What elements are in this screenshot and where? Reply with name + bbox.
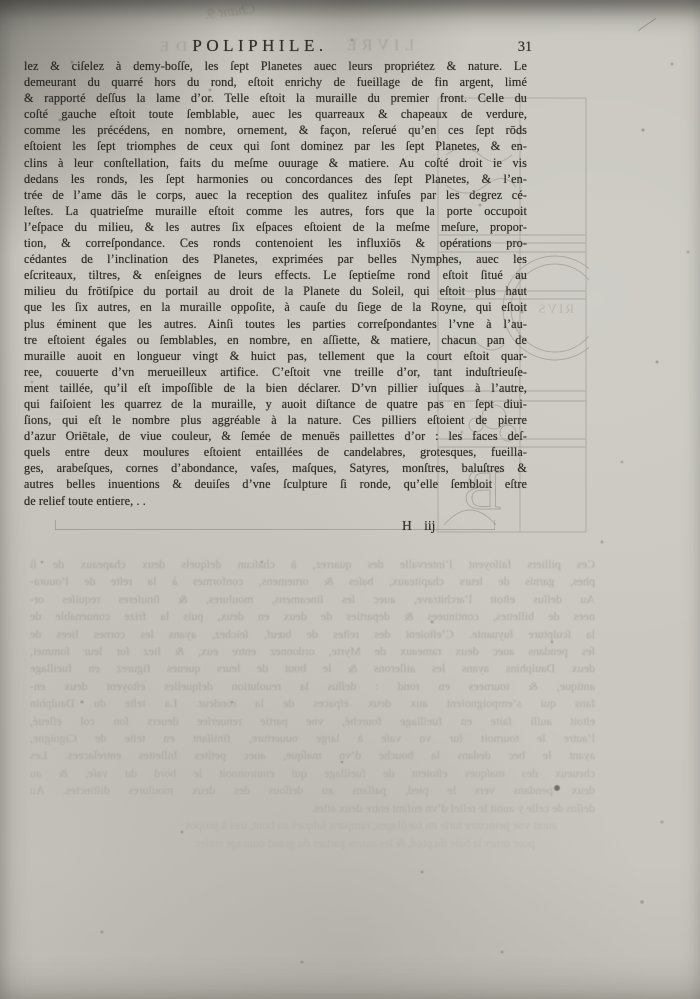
bleedthrough-text-line: deux pendans vers le pied, paſſans au de… [30,782,595,799]
text-line: eſcriteaux, tiltres, & enſeignes de leur… [24,267,527,283]
text-line: leſtes. La quatrieſme muraille eſtoit co… [24,203,527,219]
text-line: muraille auoit en longueur vingt & huict… [24,348,527,364]
text-line: quels entre deux moulures eſtoient entai… [24,444,527,460]
bleedthrough-text-line: deux Daulphins ayans les aiſlerons & le … [30,660,595,677]
bleedthrough-text-line: phes, garnis de leurs chapiteaux, baſes … [30,573,595,590]
bleedthrough-text-line: Au deſſus eſtoit l’architrave, auec ſes … [30,591,595,608]
bleedthrough-text-line: l’autre ſe tournoit ſur vn vaſe à large … [30,730,595,747]
scanned-book-page: Chant 9. DE POLIPHILE. LIVRE 31 RIVS B l… [0,0,700,999]
text-line: dedans les ronds, les ſept harmonies ou … [24,171,527,187]
bleedthrough-text-line: ayant le bec dedans la bouche d’vn maſqu… [30,747,595,764]
bleedthrough-text-line: ſes pendans auec deux rameaux de Myrte, … [30,643,595,660]
text-line: plus éminent que les autres. Ainſi toute… [24,316,527,332]
bleedthrough-text-line: cheueux des maſques eſtoient de fueillag… [30,765,595,782]
text-line: ree, couuerte d’vn merueilleux artifice.… [24,364,527,380]
verso-running-title-fragment-livre: LIVRE [328,37,428,55]
bleedthrough-text-line: fans qui s’empoignoient aux deux eſpaces… [30,695,595,712]
text-line: eſtoient les ſept triomphes de ceux qui … [24,138,527,154]
bleedthrough-text-line: auoit vne peincture torſe en fueillages,… [30,817,595,834]
text-line: de relief toute entiere, . . [24,493,527,509]
text-line: cédantes de l’inclination des Planetes, … [24,251,527,267]
bleedthrough-text-line: eſtoit auſſi faite en fueillage fourché,… [30,713,595,730]
text-line: que les ſix autres, en la muraille oppoſ… [24,299,527,315]
verso-text-bleedthrough: Ces pilliers faiſoyent l’intervalle des … [30,556,595,852]
text-line: autres belles inuentions & deuiſes d’vne… [24,476,527,492]
text-line: qui faiſoient les quarrez de la muraille… [24,396,527,412]
running-title: POLIPHILE. [0,36,520,56]
text-line: l’eſpace du milieu, & les autres ſix eſp… [24,219,527,235]
text-line: lez & ciſelez à demy-boſſe, les ſept Pla… [24,58,527,74]
text-line: clins à leur conſtellation, faits du meſ… [24,155,527,171]
text-line: & rapporté deſſus la lame d’or. Telle eſ… [24,90,527,106]
text-line: trée de l’ame dās le corps, auec la rece… [24,187,527,203]
text-line: demeurant du quarré hors du rond, eſtoit… [24,74,527,90]
bleedthrough-text-line: Ces pilliers faiſoyent l’intervalle des … [30,556,595,573]
text-line: milieu du frōtiſpice du portail au droit… [24,283,527,299]
ink-scratch-mark [638,18,657,31]
main-text-block: lez & ciſelez à demy-boſſe, les ſept Pla… [24,58,527,509]
bleedthrough-text-line: deſſus de celle y auoit le relief d’vn e… [30,800,595,817]
handwriting-bleedthrough: Chant 9. [169,0,290,28]
text-line: d’azur Oriētale, de viue couleur, & ſemé… [24,428,527,444]
text-line: coſté gauche eſtoit toute ſemblable, aue… [24,106,527,122]
text-line: comme les précédens, en nombre, ornement… [24,122,527,138]
text-line: tion, & correſpondance. Ces ronds conten… [24,235,527,251]
text-line: ges, arabeſques, cornes d’abondance, vaſ… [24,460,527,476]
bleedthrough-text-line: nees de billettes, continuees & departie… [30,608,595,625]
engraving-inscription: RIVS [536,301,574,316]
bleedthrough-text-line: antique, & tournees en rond : deſſus la … [30,678,595,695]
bleedthrough-text-line: pour orner la baſe du pied, & les autres… [30,835,595,852]
signature-mark: H iij [402,518,435,534]
bleedthrough-text-line: la ſculpture ſuyuante. C’eſtoient des re… [30,626,595,643]
text-line: ment taillée, qu’il eſt impoſſible de la… [24,380,527,396]
text-line: ſions, qui eſt le nombre plus aggréable … [24,412,527,428]
page-number: 31 [505,39,545,56]
text-line: tre eſtoient égales ou ſemblables, en no… [24,332,527,348]
